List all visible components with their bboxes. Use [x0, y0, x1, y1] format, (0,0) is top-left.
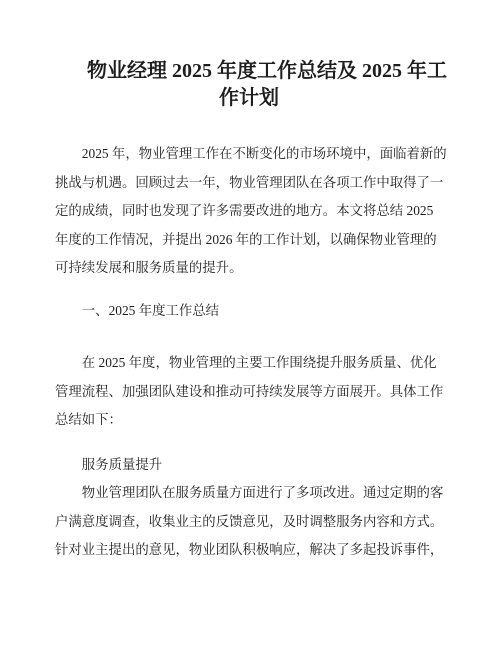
text-line: 物业管理团队在服务质量方面进行了多项改进。通过定期的客: [55, 479, 443, 508]
section-heading-annual-summary: 一、2025 年度工作总结: [55, 297, 443, 326]
paragraph-service-quality: 物业管理团队在服务质量方面进行了多项改进。通过定期的客 户满意度调查，收集业主的…: [55, 479, 443, 565]
text-line: 管理流程、加强团队建设和推动可持续发展等方面展开。具体工作: [55, 378, 443, 407]
document-content: 物业经理 2025 年度工作总结及 2025 年工 作计划 2025 年，物业管…: [0, 0, 500, 565]
paragraph-intro: 2025 年，物业管理工作在不断变化的市场环境中，面临着新的 挑战与机遇。回顾过…: [55, 140, 443, 283]
title-line-1: 物业经理 2025 年度工作总结及 2025 年工: [55, 58, 443, 85]
text-line: 总结如下：: [55, 406, 443, 435]
document-page: 物业经理 2025 年度工作总结及 2025 年工 作计划 2025 年，物业管…: [0, 0, 500, 647]
text-line: 在 2025 年度，物业管理的主要工作围绕提升服务质量、优化: [55, 349, 443, 378]
text-line: 针对业主提出的意见，物业团队积极响应，解决了多起投诉事件，: [55, 536, 443, 565]
subsection-heading-service-quality: 服务质量提升: [55, 451, 443, 480]
document-title: 物业经理 2025 年度工作总结及 2025 年工 作计划: [55, 58, 443, 112]
text-line: 定的成绩，同时也发现了许多需要改进的地方。本文将总结 2025: [55, 197, 443, 226]
text-line: 年度的工作情况，并提出 2026 年的工作计划，以确保物业管理的: [55, 226, 443, 255]
text-line: 2025 年，物业管理工作在不断变化的市场环境中，面临着新的: [55, 140, 443, 169]
text-line: 挑战与机遇。回顾过去一年，物业管理团队在各项工作中取得了一: [55, 169, 443, 198]
text-line: 可持续发展和服务质量的提升。: [55, 254, 443, 283]
title-line-2: 作计划: [55, 85, 443, 112]
text-line: 户满意度调查，收集业主的反馈意见，及时调整服务内容和方式。: [55, 508, 443, 537]
paragraph-overview: 在 2025 年度，物业管理的主要工作围绕提升服务质量、优化 管理流程、加强团队…: [55, 349, 443, 435]
